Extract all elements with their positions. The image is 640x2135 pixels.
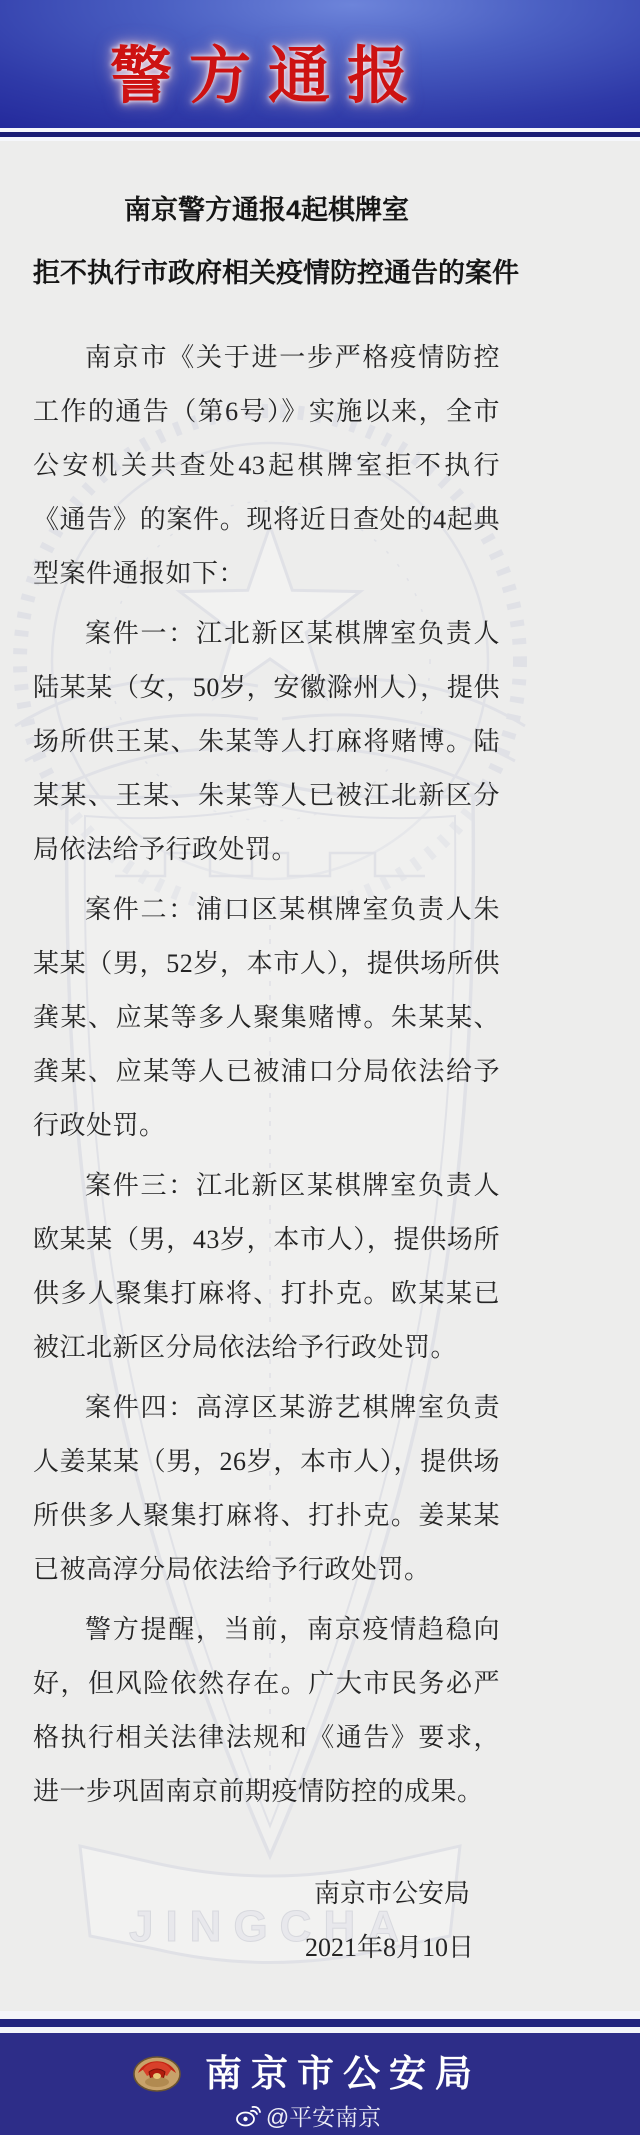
police-badge-icon — [131, 2046, 183, 2094]
weibo-handle: @平安南京 — [266, 2099, 381, 2132]
paragraph-case-2: 案件二：浦口区某棋牌室负责人朱某某（男，52岁，本市人），提供场所供龚某、应某等… — [33, 883, 500, 1153]
separator-bottom — [0, 2011, 640, 2033]
document-body: JINGCHA 南京警方通报4起棋牌室 拒不执行市政府相关疫情防控通告的案件 南… — [0, 141, 640, 2011]
banner-title: 警方通报 — [110, 26, 426, 115]
paragraph-case-4: 案件四：高淳区某游艺棋牌室负责人姜某某（男，26岁，本市人），提供场所供多人聚集… — [33, 1381, 500, 1597]
paragraph-intro: 南京市《关于进一步严格疫情防控工作的通告（第6号）》实施以来，全市公安机关共查处… — [33, 331, 500, 601]
document-title: 南京警方通报4起棋牌室 拒不执行市政府相关疫情防控通告的案件 — [33, 179, 500, 305]
signature: 南京市公安局 — [33, 1867, 500, 1921]
document-title-line2: 拒不执行市政府相关疫情防控通告的案件 — [33, 242, 500, 305]
paragraph-case-3: 案件三：江北新区某棋牌室负责人欧某某（男，43岁，本市人），提供场所供多人聚集打… — [33, 1159, 500, 1375]
police-notice-image: 警方通报 — [0, 0, 640, 2135]
footer-agency: 南京市公安局 — [205, 2043, 481, 2097]
header-banner: 警方通报 — [0, 0, 640, 128]
footer: 南京市公安局 @平安南京 — [0, 2033, 640, 2135]
date: 2021年8月10日 — [33, 1921, 500, 1975]
weibo-icon — [235, 2105, 261, 2127]
footer-main-row: 南京市公安局 — [131, 2043, 481, 2097]
footer-weibo-row: @平安南京 — [235, 2099, 381, 2132]
document-title-line1: 南京警方通报4起棋牌室 — [33, 179, 500, 242]
document-content: 南京警方通报4起棋牌室 拒不执行市政府相关疫情防控通告的案件 南京市《关于进一步… — [33, 179, 500, 1975]
separator-top — [0, 128, 640, 141]
paragraph-case-1: 案件一：江北新区某棋牌室负责人陆某某（女，50岁，安徽滁州人），提供场所供王某、… — [33, 607, 500, 877]
paragraph-reminder: 警方提醒，当前，南京疫情趋稳向好，但风险依然存在。广大市民务必严格执行相关法律法… — [33, 1603, 500, 1819]
